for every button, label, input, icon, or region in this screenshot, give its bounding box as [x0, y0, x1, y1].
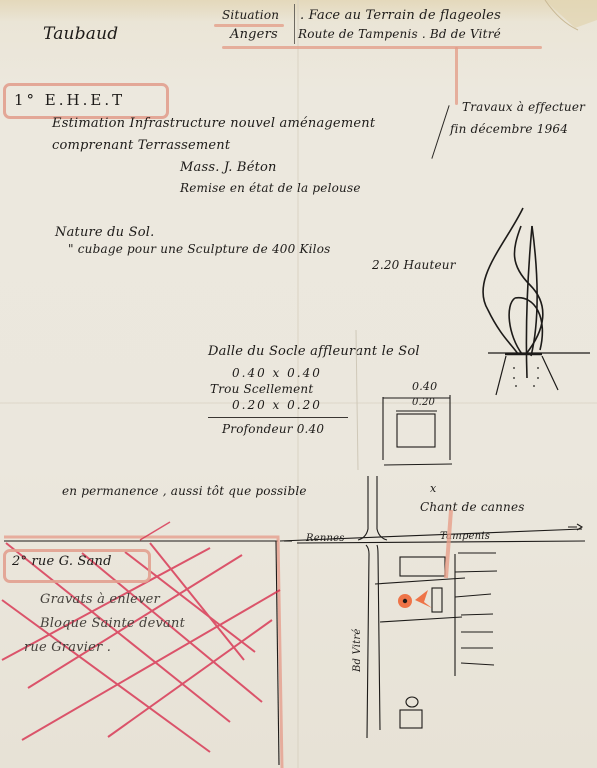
section2-line-3: rue Gravier .: [24, 640, 111, 655]
section2-line-1: Gravats à enlever: [40, 592, 160, 607]
section2-line-2: Bloque Sainte devant: [40, 616, 185, 631]
location-marker-icon: [398, 510, 451, 608]
handwritten-document: Taubaud Situation . Face au Terrain de f…: [0, 0, 597, 768]
section2-title: 2° rue G. Sand: [12, 554, 112, 569]
site-map: [280, 476, 585, 738]
socle-plan-diagram: [383, 395, 452, 465]
